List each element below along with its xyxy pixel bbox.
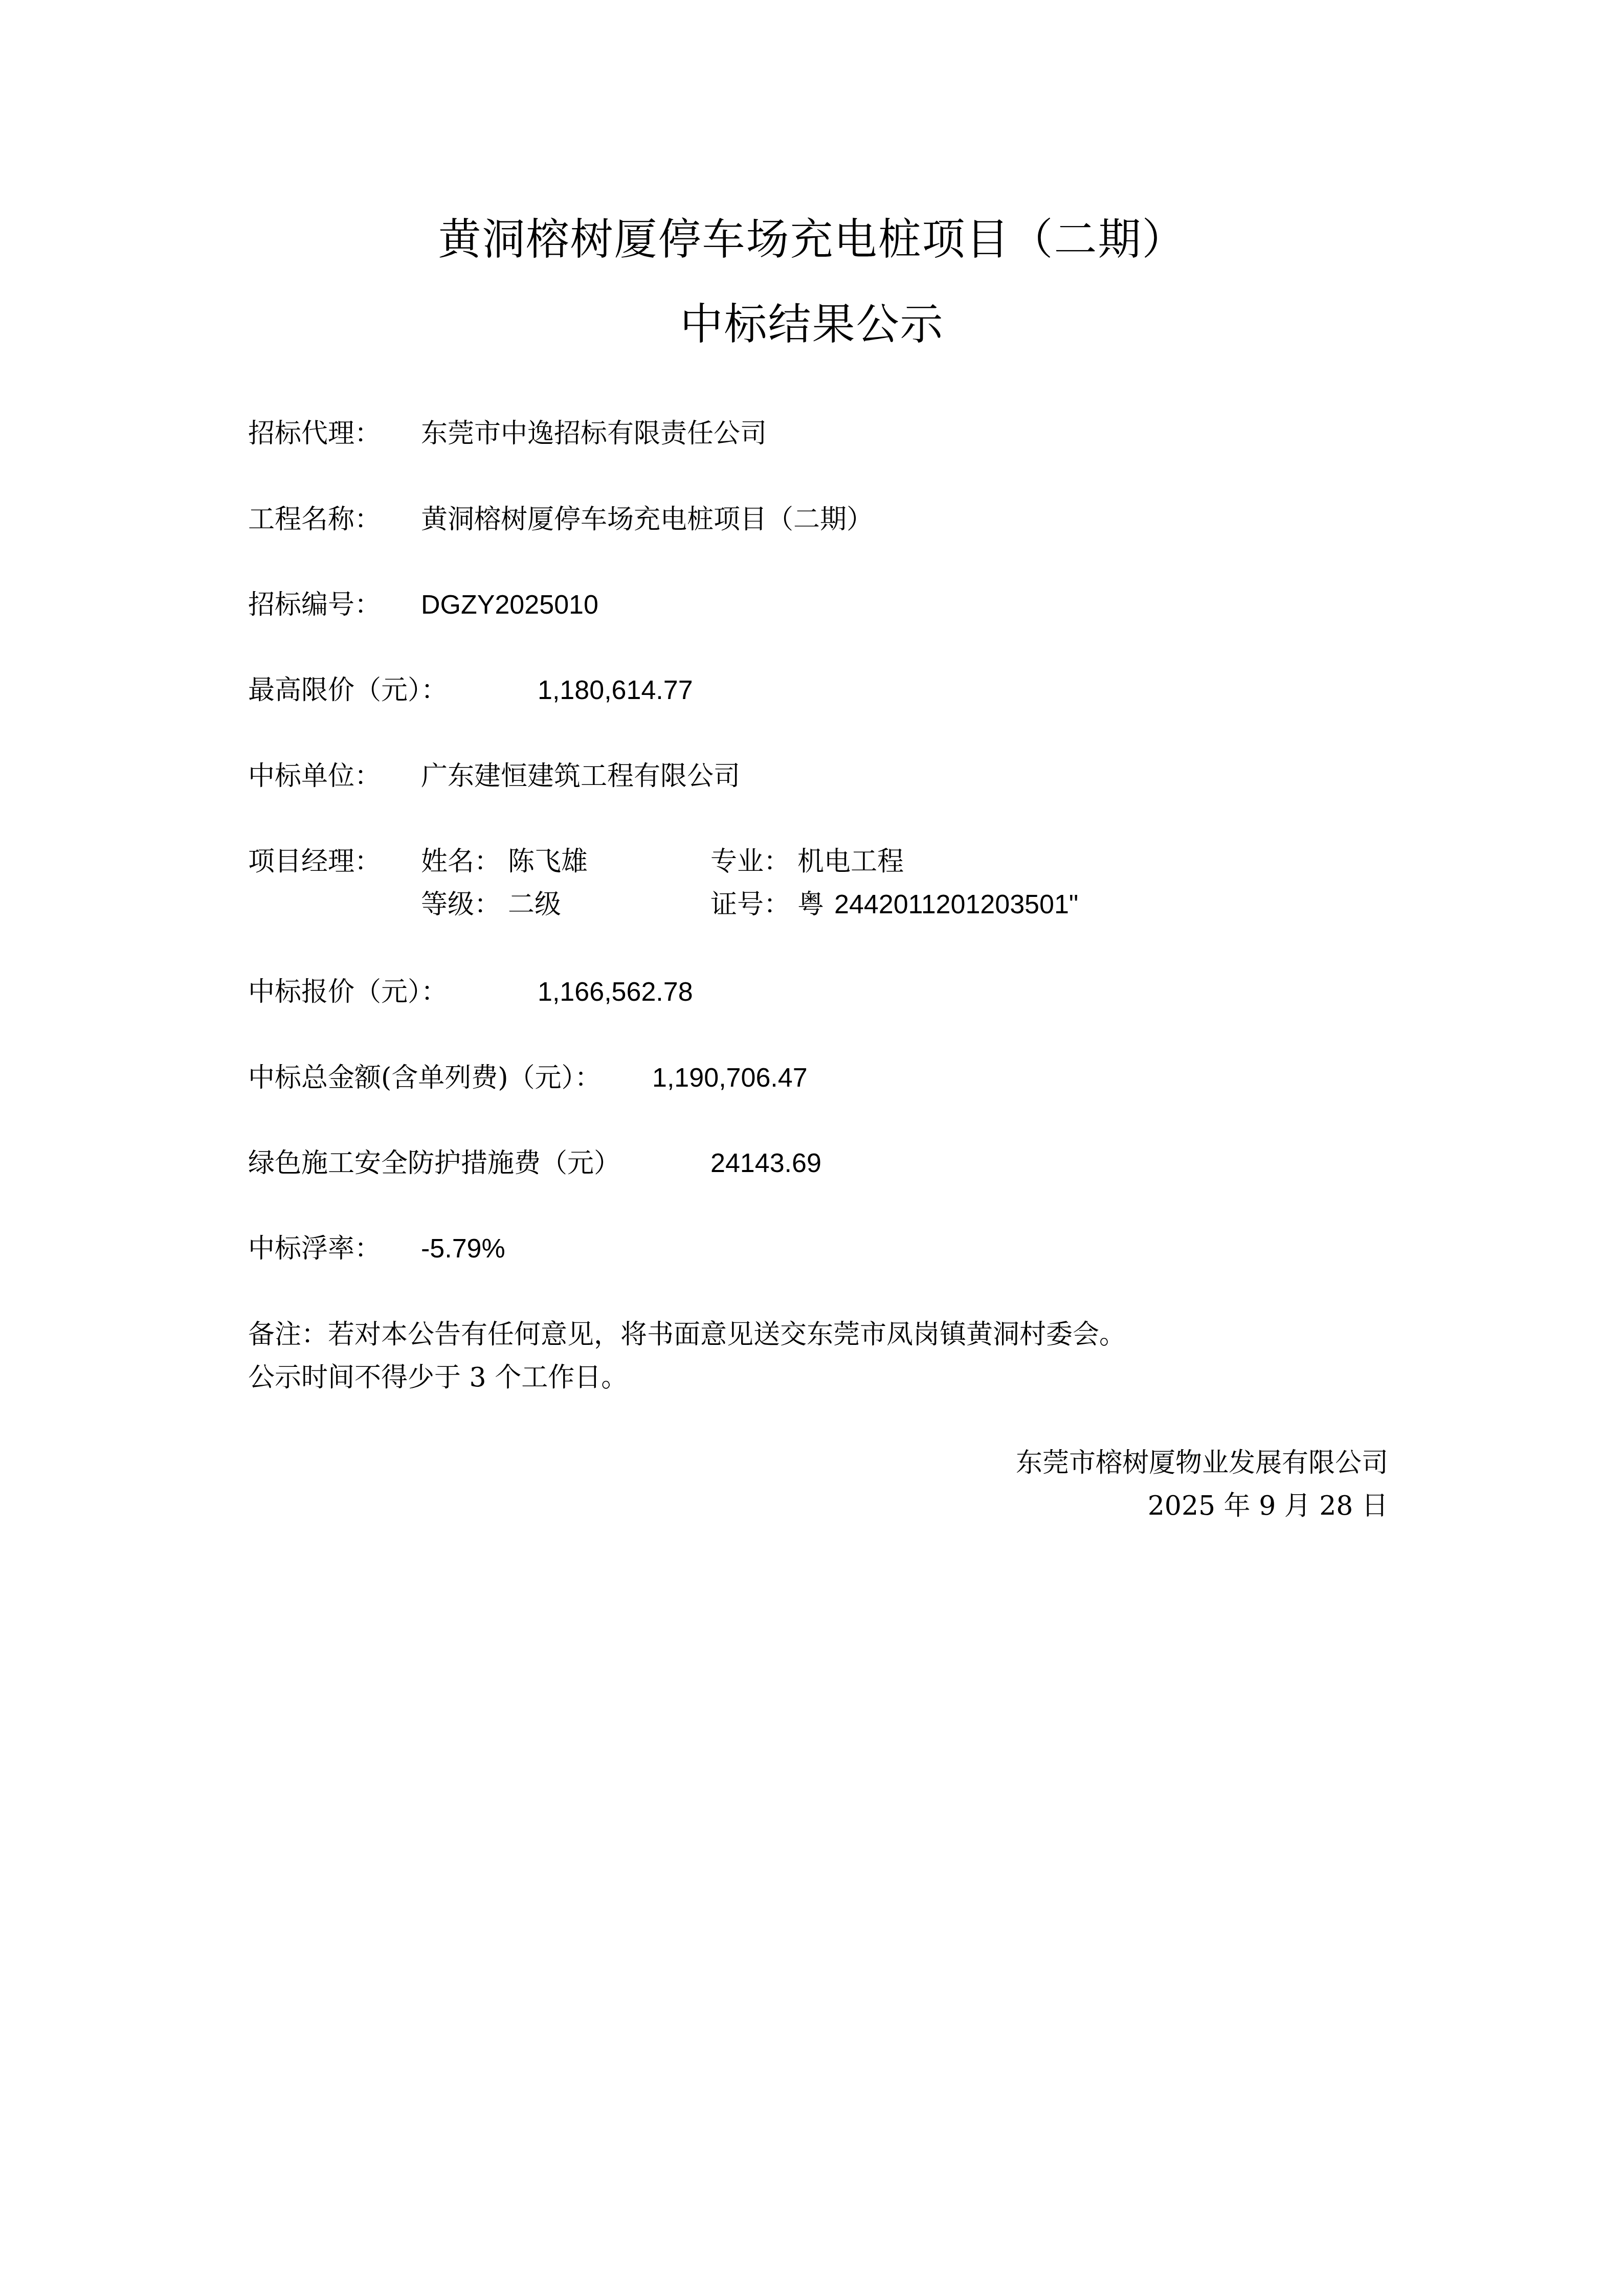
field-label: 中标单位： (248, 760, 381, 793)
field-label: 绿色施工安全防护措施费（元） (248, 1147, 620, 1180)
field-value: 东莞市中逸招标有限责任公司 (421, 417, 767, 450)
field-label: 项目经理： (248, 845, 381, 878)
pm-cert-label: 证号： (710, 888, 790, 921)
field-label: 中标报价（元）： (248, 976, 448, 1008)
field-label: 中标浮率： (248, 1232, 381, 1265)
field-value: 24143.69 (710, 1147, 821, 1180)
field-value: 1,180,614.77 (538, 674, 693, 707)
field-value: 黄洞榕树厦停车场充电桩项目（二期） (421, 503, 873, 536)
field-label: 招标代理： (248, 417, 381, 450)
field-value: DGZY2025010 (421, 589, 598, 621)
signature-company: 东莞市榕树厦物业发展有限公司 (1016, 1447, 1388, 1479)
field-label: 中标总金额(含单列费)（元）： (248, 1062, 602, 1094)
field-value: 广东建恒建筑工程有限公司 (421, 760, 740, 793)
pm-specialty: 机电工程 (797, 845, 904, 878)
field-value: 1,190,706.47 (652, 1062, 808, 1094)
document-title: 黄洞榕树厦停车场充电桩项目（二期） (0, 214, 1624, 265)
field-label: 最高限价（元）： (248, 674, 448, 707)
field-value: 1,166,562.78 (538, 976, 693, 1008)
pm-grade: 二级 (508, 888, 561, 921)
pm-cert-number: 2442011201203501" (834, 888, 1078, 921)
pm-name: 陈飞雄 (508, 845, 588, 878)
document-page: 黄洞榕树厦停车场充电桩项目（二期） 中标结果公示 招标代理： 东莞市中逸招标有限… (0, 0, 1624, 2296)
remarks-line-1: 备注：若对本公告有任何意见，将书面意见送交东莞市凤岗镇黄洞村委会。 (248, 1318, 1126, 1351)
field-label: 工程名称： (248, 503, 381, 536)
field-label: 招标编号： (248, 589, 381, 621)
pm-cert-prefix: 粤 (797, 888, 824, 921)
remarks-line-2: 公示时间不得少于 3 个工作日。 (248, 1361, 628, 1394)
pm-grade-label: 等级： (421, 888, 501, 921)
document-subtitle: 中标结果公示 (0, 299, 1624, 350)
pm-specialty-label: 专业： (710, 845, 790, 878)
field-value: -5.79% (421, 1232, 505, 1265)
signature-date: 2025 年 9 月 28 日 (1148, 1490, 1388, 1522)
pm-name-label: 姓名： (421, 845, 501, 878)
